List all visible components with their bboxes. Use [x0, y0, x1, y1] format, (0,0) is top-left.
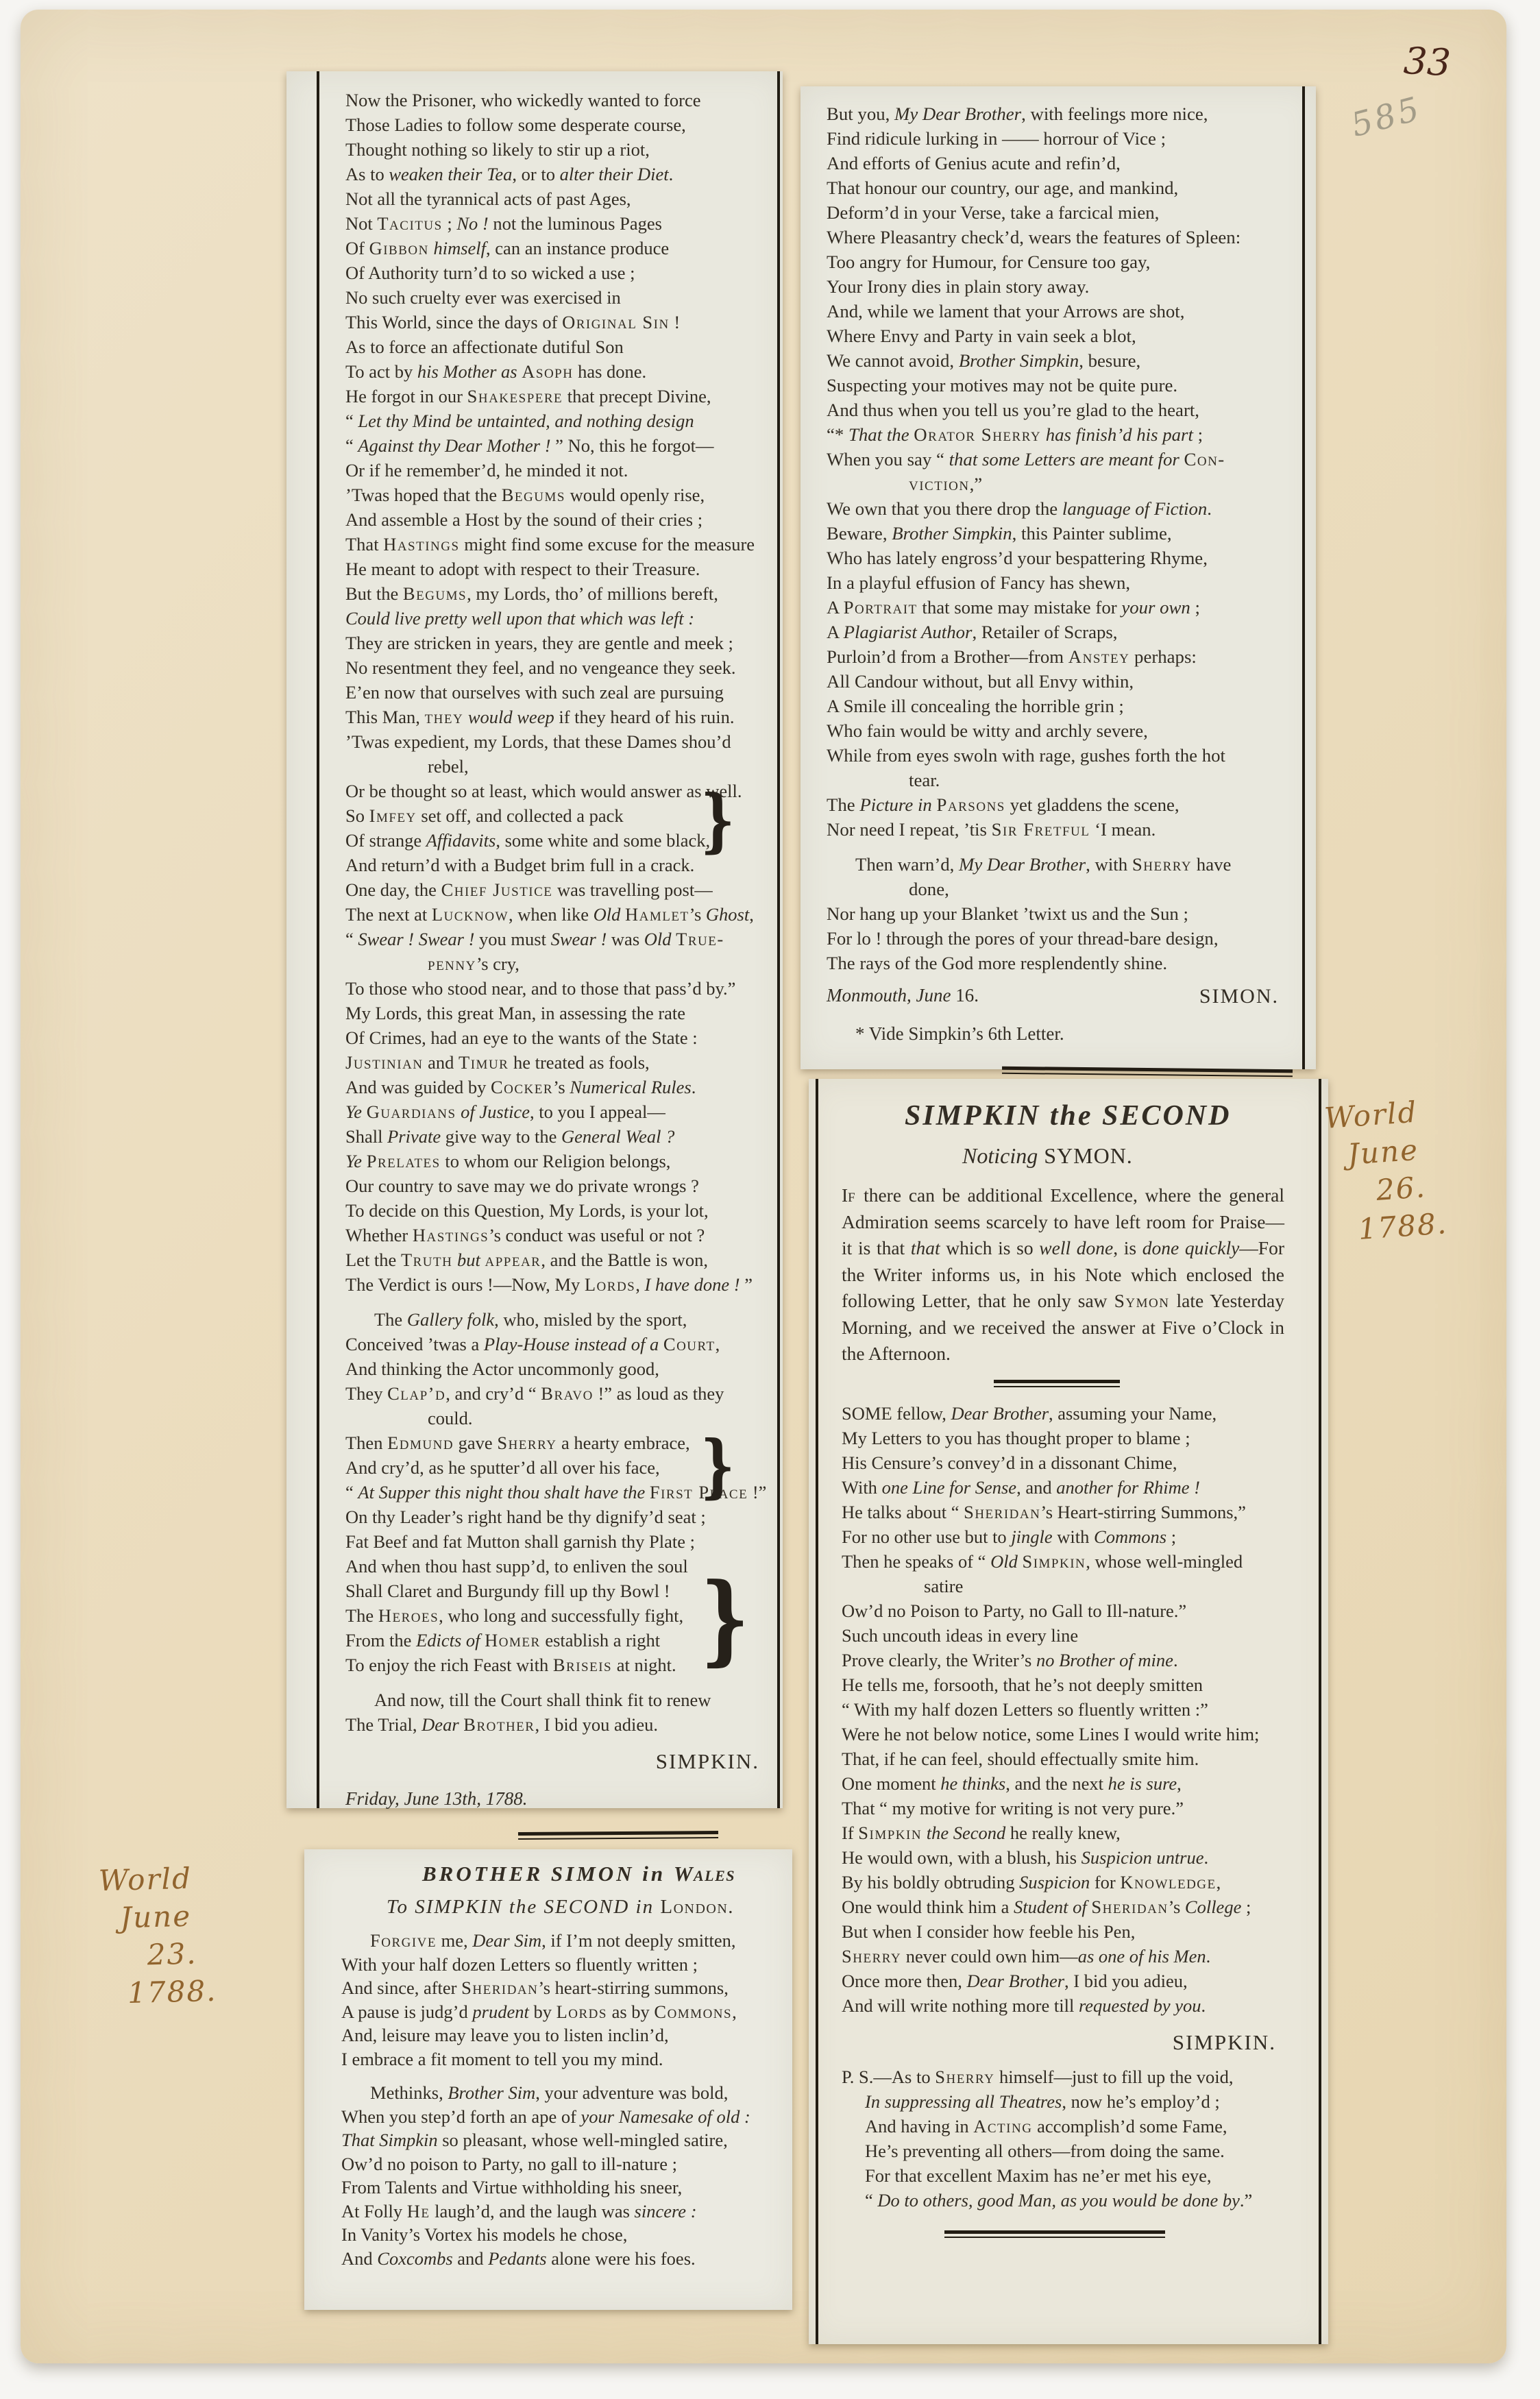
text-line: From Talents and Virtue withholding his …	[341, 2176, 792, 2200]
text-line: Now the Prisoner, who wickedly wanted to…	[345, 88, 783, 112]
text-line: Could live pretty well upon that which w…	[345, 606, 783, 631]
pencil-number: 585	[1347, 77, 1470, 145]
text-line: For lo ! through the pores of your threa…	[827, 926, 1316, 951]
text-line: Methinks, Brother Sim, your adventure wa…	[341, 2081, 792, 2105]
text-line: Our country to save may we do private wr…	[345, 1173, 783, 1198]
text-line: In Vanity’s Vortex his models he chose,	[341, 2223, 792, 2247]
text-line: 1788.	[1331, 1204, 1449, 1250]
text-line: One would think him a Student of Sherida…	[842, 1895, 1299, 1919]
text-line: Who has lately engross’d your bespatteri…	[827, 546, 1316, 570]
text-line: “* That the Orator Sherry has finish’d h…	[827, 422, 1316, 447]
text-line: At Folly He laugh’d, and the laugh was s…	[341, 2200, 792, 2224]
separator-rule	[994, 1380, 1120, 1387]
text-line: He forgot in our Shakespere that precept…	[345, 384, 783, 409]
text-line: That Hastings might find some excuse for…	[345, 532, 783, 557]
text-line: viction,”	[827, 472, 1316, 496]
text-line: SIMPKIN.	[842, 2030, 1299, 2055]
poem-text: Now the Prisoner, who wickedly wanted to…	[345, 88, 783, 1811]
text-line: Justinian and Timur he treated as fools,	[345, 1050, 783, 1075]
text-line: Nor need I repeat, ’tis Sir Fretful ‘I m…	[827, 817, 1316, 842]
text-line: His Censure’s convey’d in a dissonant Ch…	[842, 1450, 1299, 1475]
text-line: A Plagiarist Author, Retailer of Scraps,	[827, 620, 1316, 644]
signature: SIMON.	[1199, 985, 1279, 1008]
text-line: And was guided by Cocker’s Numerical Rul…	[345, 1075, 783, 1099]
text-line: Then warn’d, My Dear Brother, with Sherr…	[827, 852, 1316, 877]
text-line: In a playful effusion of Fancy has shewn…	[827, 570, 1316, 595]
text-line: And efforts of Genius acute and refin’d,	[827, 151, 1316, 175]
text-line: Who fain would be witty and archly sever…	[827, 718, 1316, 743]
text-line: While from eyes swoln with rage, gushes …	[827, 743, 1316, 768]
text-line: To decide on this Question, My Lords, is…	[345, 1198, 783, 1223]
text-line: Ow’d no poison to Party, no gall to ill-…	[341, 2152, 792, 2176]
text-line: “ Swear ! Swear ! you must Swear ! was O…	[345, 927, 783, 951]
text-line: Ye Prelates to whom our Religion belongs…	[345, 1149, 783, 1173]
text-line: A pause is judg’d prudent by Lords as by…	[341, 2000, 792, 2024]
text-line: One day, the Chief Justice was travellin…	[345, 877, 783, 902]
column-rule	[777, 71, 780, 1808]
text-line: Or if he remember’d, he minded it not.	[345, 458, 783, 483]
text-line: With your half dozen Letters so fluently…	[341, 1953, 792, 1977]
clipping-simon-reply: But you, My Dear Brother, with feelings …	[800, 86, 1316, 1069]
text-line: And Coxcombs and Pedants alone were his …	[341, 2247, 792, 2271]
text-line: This Man, they would weep if they heard …	[345, 705, 783, 729]
text-line: Deform’d in your Verse, take a farcical …	[827, 200, 1316, 225]
column-rule	[816, 1079, 818, 2344]
text-line: The Picture in Parsons yet gladdens the …	[827, 792, 1316, 817]
text-line: “ Against thy Dear Mother ! ” No, this h…	[345, 433, 783, 458]
text-line: ’Twas expedient, my Lords, that these Da…	[345, 729, 783, 754]
text-line: “ With my half dozen Letters so fluently…	[842, 1697, 1299, 1722]
text-line: That honour our country, our age, and ma…	[827, 175, 1316, 200]
text-line: Beware, Brother Simpkin, this Painter su…	[827, 521, 1316, 546]
clipping-brother-simon-in-wales: BROTHER SIMON in Wales To SIMPKIN the SE…	[304, 1849, 792, 2310]
poem-text: But you, My Dear Brother, with feelings …	[827, 101, 1316, 975]
text-line: Prove clearly, the Writer’s no Brother o…	[842, 1648, 1299, 1672]
text-line: The next at Lucknow, when like Old Hamle…	[345, 902, 783, 927]
place-date: Monmouth, June 16.	[827, 985, 979, 1008]
text-line: Sherry never could own him—as one of his…	[842, 1944, 1299, 1969]
text-line: And, while we lament that your Arrows ar…	[827, 299, 1316, 324]
text-line: Fat Beef and fat Mutton shall garnish th…	[345, 1529, 783, 1554]
text-line: Conceived ’twas a Play-House instead of …	[345, 1332, 783, 1356]
text-line: He tells me, forsooth, that he’s not dee…	[842, 1672, 1299, 1697]
text-line: SOME fellow, Dear Brother, assuming your…	[842, 1401, 1299, 1426]
text-line: And thus when you tell us you’re glad to…	[827, 398, 1316, 422]
text-line: E’en now that ourselves with such zeal a…	[345, 680, 783, 705]
text-line: ’Twas hoped that the Begums would openly…	[345, 483, 783, 507]
text-line: We own that you there drop the language …	[827, 496, 1316, 521]
text-line: The Trial, Dear Brother, I bid you adieu…	[345, 1712, 783, 1737]
text-line: To those who stood near, and to those th…	[345, 976, 783, 1001]
text-line: 1788.	[101, 1972, 217, 2012]
text-line: A Portrait that some may mistake for you…	[827, 595, 1316, 620]
text-line: Were he not below notice, some Lines I w…	[842, 1722, 1299, 1746]
text-line: Then he speaks of “ Old Simpkin, whose w…	[842, 1549, 1299, 1574]
text-line: Where Envy and Party in vain seek a blot…	[827, 324, 1316, 348]
text-line: The Verdict is ours !—Now, My Lords, I h…	[345, 1272, 783, 1297]
text-line: But when I consider how feeble his Pen,	[842, 1919, 1299, 1944]
text-line: And will write nothing more till request…	[842, 1993, 1299, 2018]
clipping-subtitle: To SIMPKIN the SECOND in London.	[341, 1896, 792, 1919]
column-rule	[317, 71, 319, 1808]
text-line: That, if he can feel, should effectually…	[842, 1746, 1299, 1771]
text-line: One moment he thinks, and the next he is…	[842, 1771, 1299, 1796]
dateline-row: Monmouth, June 16. SIMON.	[827, 985, 1279, 1008]
separator-rule	[944, 2230, 1165, 2238]
text-line: Of Gibbon himself, can an instance produ…	[345, 236, 783, 260]
poem-text: Forgive me, Dear Sim, if I’m not deeply …	[341, 1929, 792, 2270]
clipping-simpkin-trial-letter: Now the Prisoner, who wickedly wanted to…	[286, 71, 783, 1808]
text-line: Not Tacitus ; No ! not the luminous Page…	[345, 211, 783, 236]
folio-number: 33	[1402, 39, 1487, 86]
text-line: For no other use but to jingle with Comm…	[842, 1524, 1299, 1549]
text-line: I embrace a fit moment to tell you my mi…	[341, 2047, 792, 2071]
text-line: P. S.—As to Sherry himself—just to fill …	[842, 2065, 1299, 2089]
text-line: No such cruelty ever was exercised in	[345, 285, 783, 310]
text-line: Whether Hastings’s conduct was useful or…	[345, 1223, 783, 1247]
text-line: That Simpkin so pleasant, whose well-min…	[341, 2128, 792, 2152]
text-line: He talks about “ Sheridan’s Heart-stirri…	[842, 1500, 1299, 1524]
text-line: They are stricken in years, they are gen…	[345, 631, 783, 655]
text-line: My Letters to you has thought proper to …	[842, 1426, 1299, 1450]
text-line: But the Begums, my Lords, tho’ of millio…	[345, 581, 783, 606]
text-line: But you, My Dear Brother, with feelings …	[827, 101, 1316, 126]
text-line: satire	[842, 1574, 1299, 1598]
text-line: To act by his Mother as Asoph has done.	[345, 359, 783, 384]
separator-rule	[1002, 1067, 1293, 1077]
text-line: He’s preventing all others—from doing th…	[842, 2139, 1299, 2163]
text-line: All Candour without, but all Envy within…	[827, 669, 1316, 694]
text-line: He meant to adopt with respect to their …	[345, 557, 783, 581]
separator-rule	[518, 1831, 718, 1840]
text-line: By his boldly obtruding Suspicion for Kn…	[842, 1870, 1299, 1895]
editorial-note: If there can be additional Excellence, w…	[842, 1182, 1284, 1367]
clipping-title: SIMPKIN the SECOND	[842, 1099, 1328, 1132]
text-line: And since, after Sheridan’s heart-stirri…	[341, 1976, 792, 2000]
text-line: With one Line for Sense, and another for…	[842, 1475, 1299, 1500]
text-line: Thought nothing so likely to stir up a r…	[345, 137, 783, 162]
clipping-title: BROTHER SIMON in Wales	[341, 1862, 792, 1886]
text-line: In suppressing all Theatres, now he’s em…	[842, 2089, 1299, 2114]
text-line: Your Irony dies in plain story away.	[827, 274, 1316, 299]
text-line: That “ my motive for writing is not very…	[842, 1796, 1299, 1820]
text-line: Ow’d no Poison to Party, no Gall to Ill-…	[842, 1598, 1299, 1623]
text-line: rebel,	[345, 754, 783, 779]
text-line: As to weaken their Tea, or to alter thei…	[345, 162, 783, 186]
text-line: SIMPKIN.	[345, 1749, 783, 1774]
clipping-simpkin-the-second: SIMPKIN the SECOND Noticing SYMON. If th…	[809, 1079, 1328, 2344]
text-line: Suspecting your motives may not be quite…	[827, 373, 1316, 398]
text-brace-icon: }	[700, 795, 735, 844]
column-rule	[1319, 1079, 1321, 2344]
text-line: When you step’d forth an ape of your Nam…	[341, 2105, 792, 2129]
text-line: They Clap’d, and cry’d “ Bravo !” as lou…	[345, 1381, 783, 1406]
text-line: On thy Leader’s right hand be thy dignif…	[345, 1505, 783, 1529]
text-line: Such uncouth ideas in every line	[842, 1623, 1299, 1648]
text-line: Nor hang up your Blanket ’twixt us and t…	[827, 901, 1316, 926]
text-line: If Simpkin the Second he really knew,	[842, 1820, 1299, 1845]
text-brace-icon: }	[700, 1441, 735, 1490]
text-line: Find ridicule lurking in —— horrour of V…	[827, 126, 1316, 151]
text-line: done,	[827, 877, 1316, 901]
text-line: And, leisure may leave you to listen inc…	[341, 2023, 792, 2047]
text-line: And assemble a Host by the sound of thei…	[345, 507, 783, 532]
text-line: No resentment they feel, and no vengeanc…	[345, 655, 783, 680]
text-line: My Lords, this great Man, in assessing t…	[345, 1001, 783, 1025]
text-line: June	[99, 1897, 216, 1937]
footnote: * Vide Simpkin’s 6th Letter.	[827, 1023, 1316, 1045]
text-line: And having in Acting accomplish’d some F…	[842, 2114, 1299, 2139]
text-line: penny’s cry,	[345, 951, 783, 976]
text-line: Where Pleasantry check’d, wears the feat…	[827, 225, 1316, 249]
text-line: Not all the tyrannical acts of past Ages…	[345, 186, 783, 211]
text-line: 23.	[100, 1934, 217, 1975]
text-brace-icon: }	[700, 1583, 749, 1655]
text-line: This World, since the days of Original S…	[345, 310, 783, 334]
text-line: Of Crimes, had an eye to the wants of th…	[345, 1025, 783, 1050]
text-line: When you say “ that some Letters are mea…	[827, 447, 1316, 472]
text-line: A Smile ill concealing the horrible grin…	[827, 694, 1316, 718]
text-line: Forgive me, Dear Sim, if I’m not deeply …	[341, 1929, 792, 1953]
annotation-world-june-26-1788: WorldJune26.1788.	[1323, 1091, 1449, 1250]
poem-text: SOME fellow, Dear Brother, assuming your…	[842, 1401, 1299, 2213]
annotation-world-june-23-1788: WorldJune23.1788.	[98, 1859, 217, 2012]
text-line: The Gallery folk, who, misled by the spo…	[345, 1307, 783, 1332]
text-line: World	[98, 1859, 215, 1899]
text-line: Shall Private give way to the General We…	[345, 1124, 783, 1149]
text-line: Too angry for Humour, for Censure too ga…	[827, 249, 1316, 274]
text-line: “ Let thy Mind be untainted, and nothing…	[345, 409, 783, 433]
column-rule	[1302, 86, 1305, 1069]
text-line: tear.	[827, 768, 1316, 792]
text-line: We cannot avoid, Brother Simpkin, besure…	[827, 348, 1316, 373]
text-line: And thinking the Actor uncommonly good,	[345, 1356, 783, 1381]
clipping-subtitle: Noticing SYMON.	[842, 1143, 1328, 1169]
text-line: Once more then, Dear Brother, I bid you …	[842, 1969, 1299, 1993]
text-line: Purloin’d from a Brother—from Anstey per…	[827, 644, 1316, 669]
text-line: Let the Truth but appear, and the Battle…	[345, 1247, 783, 1272]
text-line: He would own, with a blush, his Suspicio…	[842, 1845, 1299, 1870]
text-line: Of Authority turn’d to so wicked a use ;	[345, 260, 783, 285]
text-line: Friday, June 13th, 1788.	[345, 1786, 783, 1811]
text-line: The rays of the God more resplendently s…	[827, 951, 1316, 975]
text-line: For that excellent Maxim has ne’er met h…	[842, 2163, 1299, 2188]
text-line: Ye Guardians of Justice, to you I appeal…	[345, 1099, 783, 1124]
text-line: As to force an affectionate dutiful Son	[345, 334, 783, 359]
text-line: Those Ladies to follow some desperate co…	[345, 112, 783, 137]
album-page: 33 585 Now the Prisoner, who wickedly wa…	[21, 10, 1506, 2363]
text-line: And now, till the Court shall think fit …	[345, 1688, 783, 1712]
text-line: “ Do to others, good Man, as you would b…	[842, 2188, 1299, 2213]
